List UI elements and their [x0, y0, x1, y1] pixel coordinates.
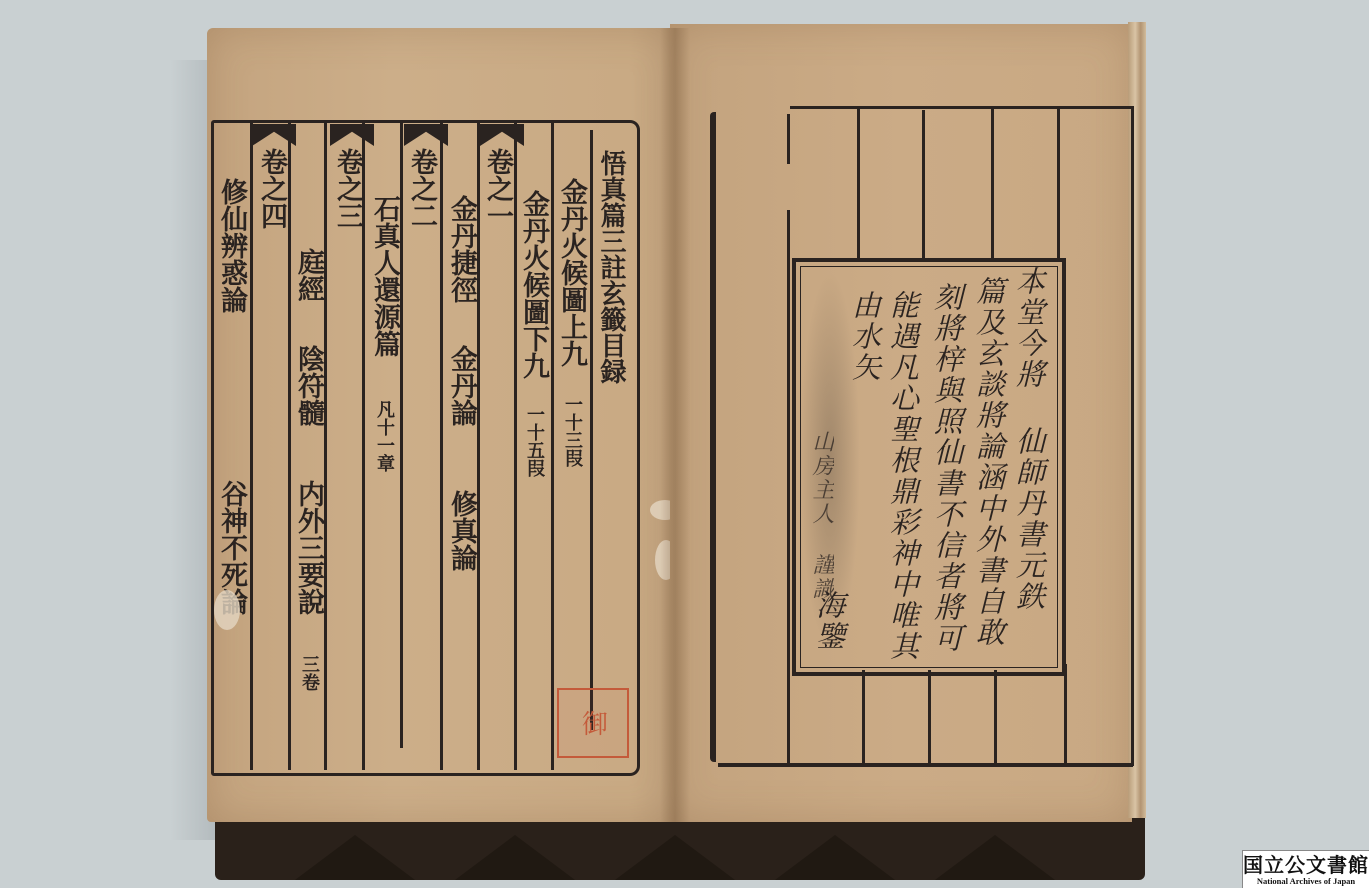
inscription-line: 刻將梓與照仙書不信者將可 [928, 282, 966, 654]
column-rule [991, 108, 994, 258]
toc-entry: 庭經 [293, 248, 323, 302]
column-rule [551, 120, 554, 770]
juan-heading: 卷之二 [406, 148, 436, 229]
red-ownership-seal: 御 [557, 688, 629, 758]
column-rule [857, 108, 860, 258]
watermark-japanese: 国立公文書館 [1243, 854, 1369, 876]
seal-text: 御 [575, 710, 612, 736]
right-frame-left-border [710, 112, 716, 762]
toc-entry: 陰符髓 [293, 345, 323, 426]
inscription-signature: 山房主人 謹識 [806, 430, 836, 601]
toc-entry-note: 一十五叚 [523, 405, 545, 477]
cover-pattern [295, 835, 415, 880]
cover-pattern [775, 835, 895, 880]
juan-heading: 卷之四 [256, 148, 286, 229]
toc-entry-note: 凡十一章 [373, 400, 395, 472]
inscription-line: 篇及玄談將論涵中外書自敢 [970, 276, 1008, 648]
column-rule [288, 120, 291, 770]
cover-pattern [615, 835, 735, 880]
cover-pattern [455, 835, 575, 880]
column-rule [787, 210, 790, 765]
toc-entry: 修仙辨惑論 [216, 178, 246, 313]
juan-heading: 卷之一 [482, 148, 512, 229]
column-rule [922, 110, 925, 258]
column-rule [250, 120, 253, 770]
column-rule [590, 130, 593, 730]
toc-entry-note: 三卷 [298, 655, 320, 691]
juan-heading: 卷之三 [332, 148, 362, 229]
column-rule [400, 120, 403, 748]
column-rule [928, 670, 931, 764]
column-rule [1064, 664, 1067, 764]
column-rule [324, 120, 327, 770]
toc-entry: 金丹火候圖上九 [556, 178, 586, 367]
paper-wear [214, 590, 240, 630]
toc-title: 悟真篇三註玄籤目録 [595, 150, 627, 384]
book-gutter [660, 28, 690, 822]
column-rule [1057, 108, 1060, 258]
toc-entry: 金丹火候圖下九 [518, 190, 548, 379]
column-rule [477, 120, 480, 770]
inscription-line: 能遇凡心聖根鼎彩神中唯其 [884, 290, 922, 662]
inscription-line: 海鑒 [810, 590, 848, 652]
column-rule [440, 120, 443, 770]
watermark-english: National Archives of Japan [1257, 876, 1355, 886]
toc-entry: 修真論 [446, 490, 476, 571]
toc-entry: 内外三要說 [293, 480, 323, 615]
column-rule [514, 120, 517, 770]
archive-watermark: 国立公文書館 National Archives of Japan [1242, 850, 1369, 888]
book-cover-bottom [215, 818, 1145, 880]
inscription-line: 本堂今將 仙師丹書元鉄 [1010, 266, 1048, 612]
toc-entry: 金丹論 [446, 345, 476, 426]
cover-pattern [935, 835, 1055, 880]
right-frame-bottom-border [718, 763, 1133, 767]
inscription-line: 由水矢 [846, 290, 884, 383]
column-rule [994, 670, 997, 764]
toc-entry: 石真人還源篇 [369, 195, 399, 357]
right-frame-top-border [790, 106, 1133, 109]
column-rule [787, 114, 790, 164]
column-rule [862, 670, 865, 764]
toc-entry-note: 一十三叚 [561, 395, 583, 467]
toc-entry: 金丹捷徑 [446, 195, 476, 303]
right-frame-right-border [1131, 106, 1134, 766]
